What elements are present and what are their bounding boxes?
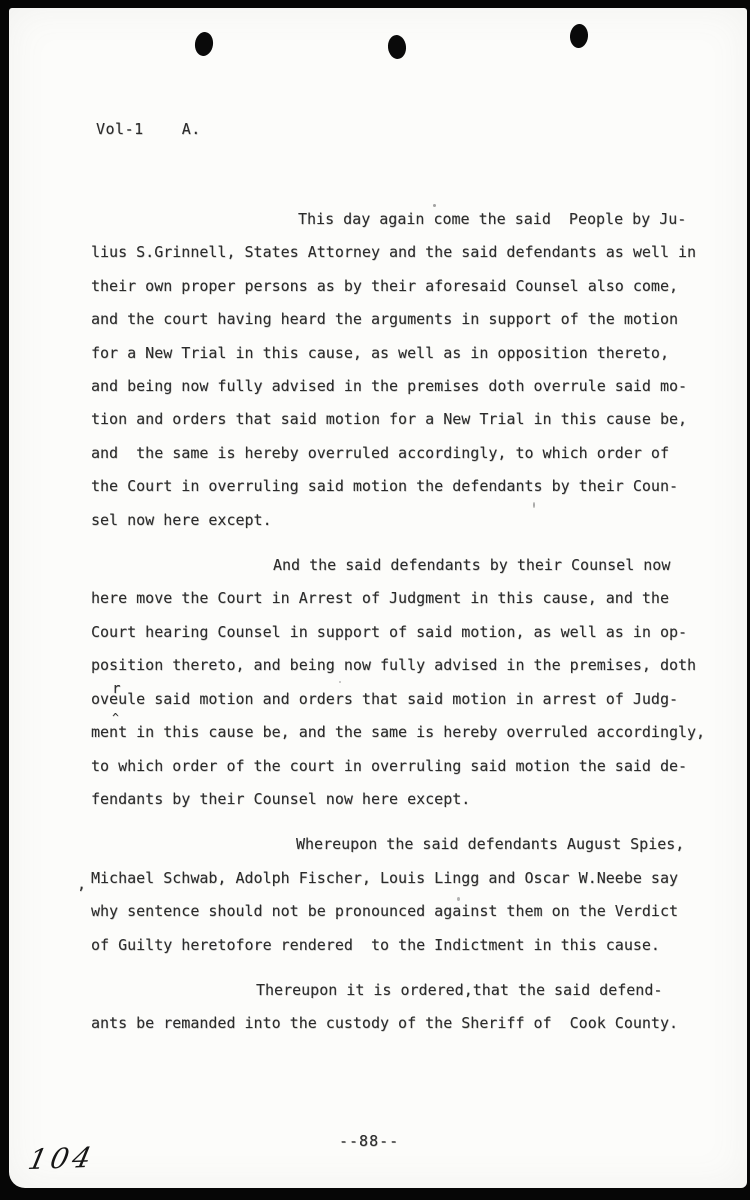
typed-line: lius S.Grinnell, States Attorney and the… — [91, 236, 731, 269]
paragraph: And the said defendants by their Counsel… — [91, 549, 731, 816]
scanned-document: { "colors": { "paper": "#fcfcfa", "ink":… — [0, 0, 750, 1200]
typed-line: over^ule said motion and orders that sai… — [91, 683, 731, 716]
paragraph: Whereupon the said defendants August Spi… — [91, 828, 731, 962]
typed-line: ,Michael Schwab, Adolph Fischer, Louis L… — [91, 862, 731, 895]
typed-line: of Guilty heretofore rendered to the Ind… — [91, 929, 731, 962]
typed-line: fendants by their Counsel now here excep… — [91, 783, 731, 816]
typed-line: the Court in overruling said motion the … — [91, 470, 731, 503]
typed-line: tion and orders that said motion for a N… — [91, 403, 731, 436]
typed-line: Whereupon the said defendants August Spi… — [91, 828, 731, 861]
typed-text-body: This day again come the said People by J… — [91, 203, 731, 1041]
paragraph: This day again come the said People by J… — [91, 203, 731, 537]
paper-sheet: Vol-1 A. This day again come the said Pe… — [9, 8, 747, 1188]
volume-label: Vol-1 A. — [96, 120, 201, 138]
typed-line: sel now here except. — [91, 504, 731, 537]
handwritten-folio-number: 104 — [25, 1141, 98, 1176]
typed-line: and the court having heard the arguments… — [91, 303, 731, 336]
typed-line: This day again come the said People by J… — [91, 203, 731, 236]
typed-line: ment in this cause be, and the same is h… — [91, 716, 731, 749]
typed-line: Thereupon it is ordered,that the said de… — [91, 974, 731, 1007]
typed-line: Court hearing Counsel in support of said… — [91, 616, 731, 649]
scan-speck — [433, 204, 436, 207]
typed-line: and being now fully advised in the premi… — [91, 370, 731, 403]
typed-line: and the same is hereby overruled accordi… — [91, 437, 731, 470]
typed-line: And the said defendants by their Counsel… — [91, 549, 731, 582]
margin-stray-mark: , — [77, 868, 86, 901]
typed-line: here move the Court in Arrest of Judgmen… — [91, 582, 731, 615]
typed-line: position thereto, and being now fully ad… — [91, 649, 731, 682]
scan-speck — [457, 897, 460, 901]
typed-line: for a New Trial in this cause, as well a… — [91, 337, 731, 370]
page-number: --88-- — [339, 1132, 399, 1150]
typed-line: why sentence should not be pronounced ag… — [91, 895, 731, 928]
scan-speck — [533, 502, 535, 508]
paragraph: Thereupon it is ordered,that the said de… — [91, 974, 731, 1041]
typed-line: to which order of the court in overrulin… — [91, 750, 731, 783]
typed-line: their own proper persons as by their afo… — [91, 270, 731, 303]
binding-hole-icon — [387, 34, 407, 60]
scan-speck — [339, 681, 341, 683]
binding-hole-icon — [569, 23, 589, 48]
typed-line: ants be remanded into the custody of the… — [91, 1007, 731, 1040]
binding-hole-icon — [193, 31, 214, 57]
